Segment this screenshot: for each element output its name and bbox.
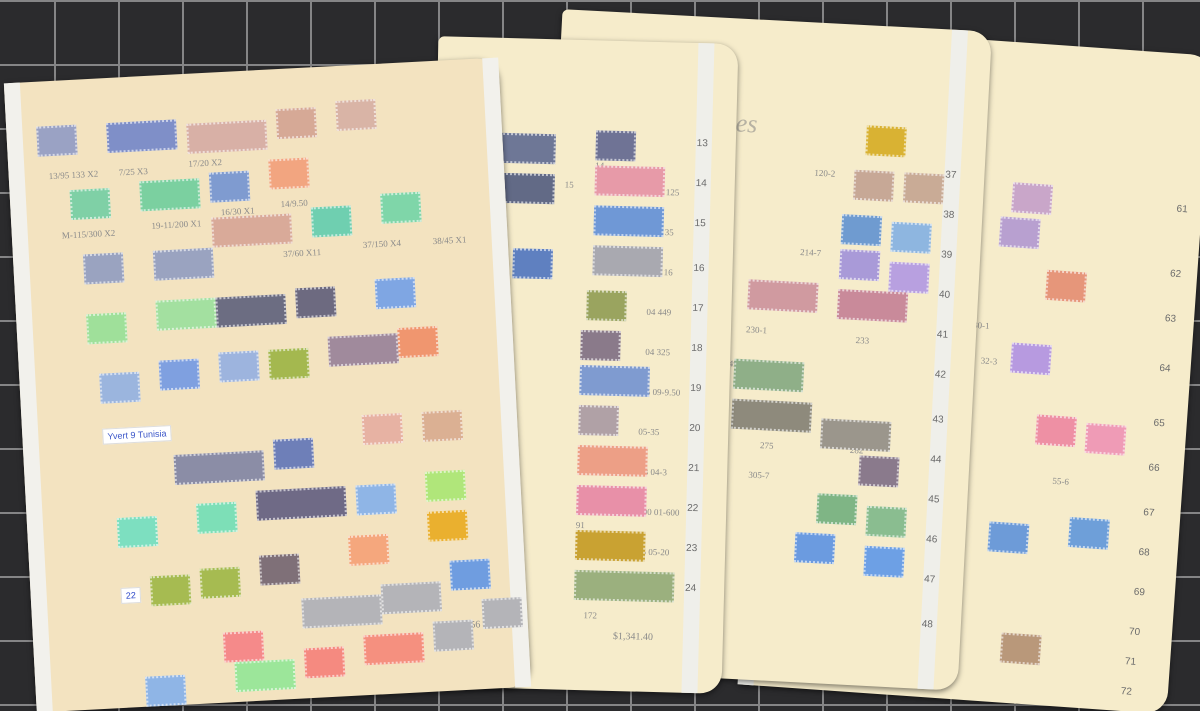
row-number: 63 <box>1165 313 1177 325</box>
page-note: 32-3 <box>980 355 997 366</box>
label-box: 22 <box>120 587 141 604</box>
row-number: 15 <box>694 218 705 229</box>
stamp <box>575 530 646 562</box>
row-number: 61 <box>1176 204 1188 216</box>
stamp <box>586 290 627 321</box>
stamp <box>1035 414 1077 447</box>
row-number: 41 <box>937 329 949 341</box>
row-number: 20 <box>689 423 700 434</box>
row-number: 46 <box>926 534 938 546</box>
row-number: 65 <box>1153 418 1165 430</box>
label-box: Yvert 9 Tunisia <box>102 425 172 445</box>
stamp <box>999 216 1041 249</box>
stamp <box>816 493 858 525</box>
stamp <box>865 125 907 157</box>
stamp <box>593 205 664 237</box>
row-number: 43 <box>932 414 944 426</box>
page-note: 214-7 <box>800 247 821 258</box>
stamp <box>576 485 647 517</box>
stamp <box>733 359 804 393</box>
stamp <box>1010 343 1052 376</box>
stamp <box>301 594 382 628</box>
stamp <box>794 532 836 564</box>
row-number: 22 <box>687 503 698 514</box>
stamp <box>150 574 192 606</box>
stamp <box>106 119 177 153</box>
stock-page-1: Yvert 9 Tunisia 22 13/95 133 X2 7/25 X3 … <box>4 57 531 711</box>
page-note: 17/20 X2 <box>188 157 222 169</box>
stamp <box>425 470 467 502</box>
row-number: 66 <box>1148 462 1160 474</box>
page-note: 233 <box>855 335 869 346</box>
stamp <box>731 399 812 433</box>
stamp <box>375 277 417 309</box>
row-number: 13 <box>697 138 708 149</box>
row-number: 48 <box>921 619 933 631</box>
row-number: 14 <box>696 178 707 189</box>
stamp <box>380 192 422 224</box>
row-number: 16 <box>693 263 704 274</box>
row-number: 67 <box>1143 507 1155 519</box>
stamp <box>890 222 932 254</box>
stamp <box>747 279 818 313</box>
page-note: M-115/300 X2 <box>62 228 116 241</box>
stamp <box>839 249 881 281</box>
stamp <box>153 248 214 281</box>
stamp <box>311 205 353 237</box>
stamp <box>594 165 665 197</box>
stamp <box>381 581 442 614</box>
stamp <box>155 298 216 331</box>
row-number: 68 <box>1138 547 1150 559</box>
stamp <box>211 214 292 248</box>
stamp <box>36 125 78 157</box>
stamp <box>234 659 295 692</box>
stamp <box>304 646 346 678</box>
row-number: 71 <box>1125 656 1137 668</box>
stamp <box>186 120 267 154</box>
page-note: 13/95 133 X2 <box>49 169 99 182</box>
stamp <box>223 631 265 663</box>
stamp <box>858 455 900 487</box>
page-note: 7/25 X3 <box>118 166 148 178</box>
row-number: 21 <box>688 463 699 474</box>
stamp <box>592 245 663 277</box>
stamp <box>218 350 260 382</box>
page-note: 37/60 X11 <box>283 247 321 259</box>
stamp <box>355 483 397 515</box>
stamp <box>83 252 125 284</box>
stamp <box>335 99 377 131</box>
page-note: 55-6 <box>1052 476 1069 487</box>
stamp <box>841 214 883 246</box>
stamp <box>159 359 201 391</box>
stamp <box>209 171 251 203</box>
stamp <box>1000 633 1042 666</box>
stamp <box>268 348 310 380</box>
stamp <box>1045 270 1087 303</box>
stamp <box>853 170 895 202</box>
stamp <box>99 372 141 404</box>
stamp <box>215 294 286 328</box>
stamp <box>362 413 404 445</box>
stamp <box>86 312 128 344</box>
stamp <box>579 365 650 397</box>
stamp <box>328 333 399 367</box>
row-number: 38 <box>943 209 955 221</box>
stamp <box>295 286 337 318</box>
row-number: 47 <box>924 574 936 586</box>
stamp <box>200 567 242 599</box>
row-number: 39 <box>941 249 953 261</box>
stamp <box>1068 517 1110 550</box>
stamp <box>422 410 464 442</box>
row-number: 45 <box>928 494 940 506</box>
stamp <box>512 248 553 279</box>
stamp <box>1084 423 1126 456</box>
page-note: 19-11/200 X1 <box>151 218 201 231</box>
stamp <box>174 450 265 485</box>
stamp <box>276 107 318 139</box>
stamp <box>348 534 390 566</box>
stamp <box>449 559 491 591</box>
page-note: 230-1 <box>746 324 767 335</box>
stamp <box>1011 182 1053 215</box>
page-note: 15 <box>565 180 574 190</box>
row-number: 23 <box>686 543 697 554</box>
page-note: 37/150 X4 <box>363 238 402 250</box>
row-number: 44 <box>930 454 942 466</box>
page-note: 04 449 <box>646 307 671 318</box>
page-note: 14/9.50 <box>280 198 308 209</box>
stamp <box>196 502 238 534</box>
stamp <box>865 506 907 538</box>
stamp <box>837 289 908 323</box>
page-note: 275 <box>760 440 774 451</box>
stamp <box>578 405 619 436</box>
stamp <box>70 188 112 220</box>
row-number: 69 <box>1133 587 1145 599</box>
stamp <box>433 620 475 652</box>
page-note: 04 325 <box>645 347 670 358</box>
stamp <box>259 554 301 586</box>
stamp <box>888 262 930 294</box>
stamp <box>481 597 523 629</box>
stamp <box>577 445 648 477</box>
page-note: 305-7 <box>748 470 769 481</box>
stamp <box>268 158 310 190</box>
stamp <box>363 632 424 665</box>
row-number: 17 <box>692 303 703 314</box>
stamp <box>820 418 891 452</box>
row-number: 40 <box>939 289 951 301</box>
page-total: $1,341.40 <box>613 631 653 643</box>
row-number: 19 <box>690 383 701 394</box>
row-number: 70 <box>1129 626 1141 638</box>
page-note: 172 <box>583 610 597 620</box>
page-note: 38/45 X1 <box>432 234 466 246</box>
page-note: 05-35 <box>638 427 659 438</box>
stamp <box>580 330 621 361</box>
row-number: 42 <box>935 369 947 381</box>
stamp <box>397 326 439 358</box>
stamp <box>574 570 675 603</box>
row-number: 37 <box>945 169 957 181</box>
page-note: 120-2 <box>814 168 835 179</box>
stamp <box>595 130 636 161</box>
stamp <box>427 510 469 542</box>
page-note: 91 <box>576 520 585 530</box>
stamp <box>139 178 200 211</box>
stamp <box>903 172 945 204</box>
stamp <box>145 675 187 707</box>
stamp <box>273 438 315 470</box>
row-number: 18 <box>691 343 702 354</box>
stamp <box>863 546 905 578</box>
stamp <box>256 486 347 521</box>
stamp <box>987 521 1029 554</box>
row-number: 64 <box>1159 363 1171 375</box>
stamp <box>117 516 159 548</box>
row-number: 24 <box>685 583 696 594</box>
row-number: 72 <box>1120 686 1132 698</box>
row-number: 62 <box>1170 268 1182 280</box>
